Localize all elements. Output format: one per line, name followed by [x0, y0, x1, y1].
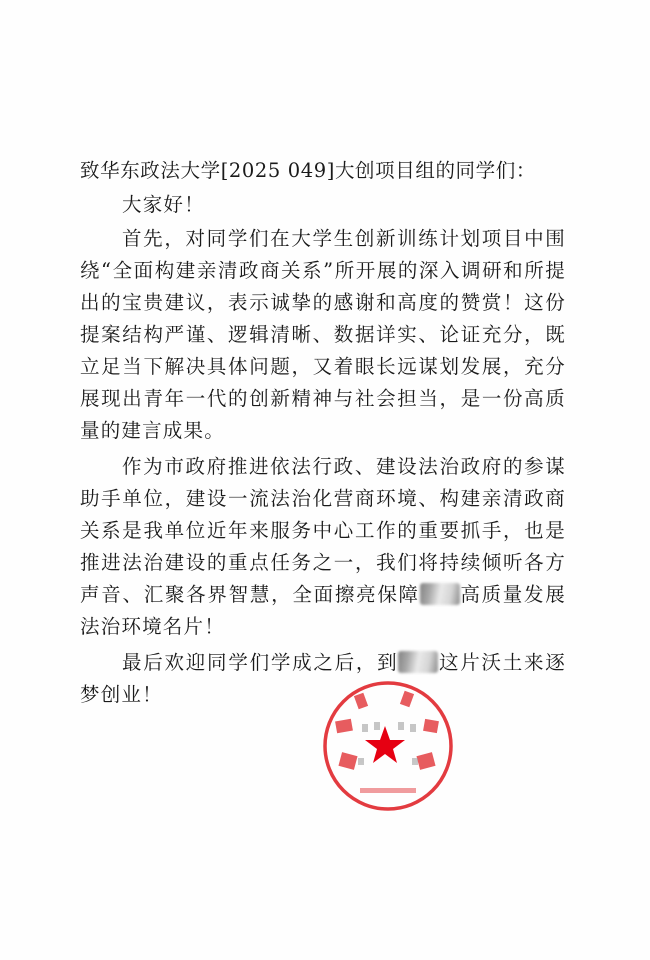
greeting: 大家好！ [80, 189, 566, 221]
star-icon [365, 726, 405, 763]
salutation: 致华东政法大学[2025 049]大创项目组的同学们： [80, 155, 566, 187]
letter-page: 致华东政法大学[2025 049]大创项目组的同学们： 大家好！ 首先，对同学们… [0, 0, 650, 960]
seal-icon [322, 680, 454, 812]
redacted-place-name [398, 651, 438, 673]
redacted-place-name [420, 583, 460, 605]
paragraph-commitment: 作为市政府推进依法行政、建设法治政府的参谋助手单位，建设一流法治化营商环境、构建… [80, 451, 566, 643]
letter-body: 致华东政法大学[2025 049]大创项目组的同学们： 大家好！ 首先，对同学们… [80, 155, 566, 711]
official-seal [322, 680, 454, 812]
paragraph-thanks: 首先，对同学们在大学生创新训练计划项目中围绕“全面构建亲清政商关系”所开展的深入… [80, 223, 566, 447]
paragraph-welcome-text-a: 最后欢迎同学们学成之后，到 [122, 651, 398, 674]
